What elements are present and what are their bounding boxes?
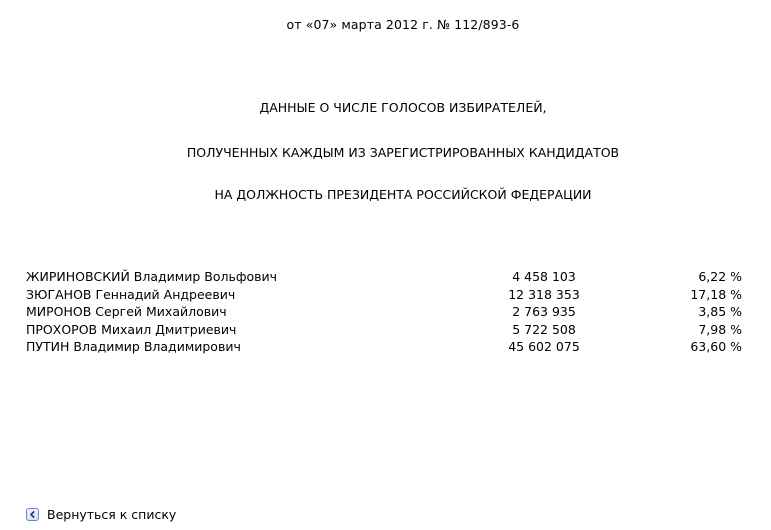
- candidate-votes: 5 722 508: [466, 321, 622, 338]
- table-row: ЗЮГАНОВ Геннадий Андреевич 12 318 353 17…: [26, 286, 746, 304]
- candidate-votes: 2 763 935: [466, 303, 622, 320]
- candidate-name: ПУТИН Владимир Владимирович: [26, 338, 241, 355]
- candidate-name: ПРОХОРОВ Михаил Дмитриевич: [26, 321, 236, 338]
- table-row: ЖИРИНОВСКИЙ Владимир Вольфович 4 458 103…: [26, 268, 746, 286]
- candidate-votes: 4 458 103: [466, 268, 622, 285]
- table-row: ПУТИН Владимир Владимирович 45 602 075 6…: [26, 338, 746, 356]
- candidate-percent: 63,60 %: [690, 338, 742, 355]
- candidate-percent: 6,22 %: [698, 268, 742, 285]
- table-row: ПРОХОРОВ Михаил Дмитриевич 5 722 508 7,9…: [26, 321, 746, 339]
- table-row: МИРОНОВ Сергей Михайлович 2 763 935 3,85…: [26, 303, 746, 321]
- heading-line-3: НА ДОЛЖНОСТЬ ПРЕЗИДЕНТА РОССИЙСКОЙ ФЕДЕР…: [0, 187, 771, 202]
- candidate-name: ЖИРИНОВСКИЙ Владимир Вольфович: [26, 268, 277, 285]
- candidate-name: МИРОНОВ Сергей Михайлович: [26, 303, 227, 320]
- chevron-left-icon[interactable]: [26, 508, 39, 521]
- candidate-name: ЗЮГАНОВ Геннадий Андреевич: [26, 286, 235, 303]
- candidate-votes: 45 602 075: [466, 338, 622, 355]
- back-to-list-link[interactable]: Вернуться к списку: [26, 507, 176, 522]
- candidate-percent: 3,85 %: [698, 303, 742, 320]
- heading-line-2: ПОЛУЧЕННЫХ КАЖДЫМ ИЗ ЗАРЕГИСТРИРОВАННЫХ …: [0, 145, 771, 160]
- results-table: ЖИРИНОВСКИЙ Владимир Вольфович 4 458 103…: [26, 268, 746, 356]
- candidate-votes: 12 318 353: [466, 286, 622, 303]
- candidate-percent: 17,18 %: [690, 286, 742, 303]
- document-reference: от «07» марта 2012 г. № 112/893-6: [0, 17, 771, 32]
- back-to-list-label[interactable]: Вернуться к списку: [47, 507, 176, 522]
- heading-line-1: ДАННЫЕ О ЧИСЛЕ ГОЛОСОВ ИЗБИРАТЕЛЕЙ,: [0, 100, 771, 115]
- candidate-percent: 7,98 %: [698, 321, 742, 338]
